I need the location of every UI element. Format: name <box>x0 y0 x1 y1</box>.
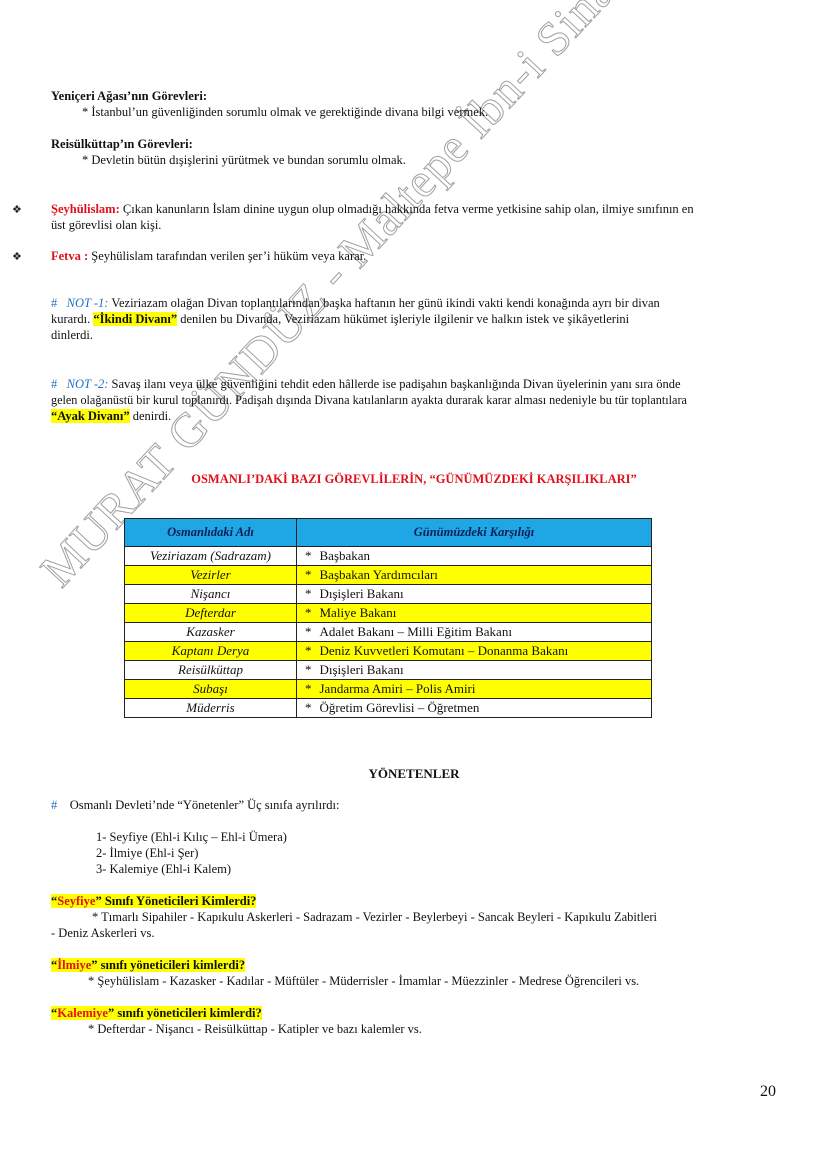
rulers-intro-text: Osmanlı Devleti’nde “Yönetenler” Üç sını… <box>70 798 340 812</box>
definition-text: Çıkan kanunların İslam dinine uygun olup… <box>123 202 694 216</box>
note-text: denilen bu Divanda, Veziriazam hükümet i… <box>177 312 629 326</box>
definition-term: Şeyhülislam: <box>51 202 120 216</box>
modern-equivalent-text: Başbakan Yardımcıları <box>320 567 438 582</box>
kalemiye-heading: “Kalemiye” sınıfı yöneticileri kimlerdi? <box>51 1005 262 1021</box>
modern-equivalent-cell: *Adalet Bakanı – Milli Eğitim Bakanı <box>297 623 652 642</box>
modern-equivalent-text: Dışişleri Bakanı <box>320 586 404 601</box>
ottoman-title-cell: Reisülküttap <box>125 661 297 680</box>
highlighted-term: “Ayak Divanı” <box>51 409 130 423</box>
column-header-ottoman: Osmanlıdaki Adı <box>125 519 297 547</box>
comparison-table: Osmanlıdaki Adı Günümüzdeki Karşılığı Ve… <box>124 518 652 718</box>
definition-text-cont: üst görevlisi olan kişi. <box>51 217 161 233</box>
diamond-bullet-icon: ❖ <box>12 250 22 263</box>
reisulkuttap-duty: * Devletin bütün dışişlerini yürütmek ve… <box>82 152 406 168</box>
note-2: # NOT -2: Savaş ilanı veya ülke güvenliğ… <box>51 376 681 392</box>
modern-equivalent-cell: *Maliye Bakanı <box>297 604 652 623</box>
modern-equivalent-cell: *Başbakan Yardımcıları <box>297 566 652 585</box>
asterisk-icon: * <box>305 700 312 715</box>
ottoman-title-cell: Müderris <box>125 699 297 718</box>
seyfiye-members-cont: - Deniz Askerleri vs. <box>51 925 154 941</box>
note-label: NOT -2: <box>67 377 109 391</box>
page-number: 20 <box>760 1083 776 1101</box>
table-row: Subaşı*Jandarma Amiri – Polis Amiri <box>125 680 652 699</box>
modern-equivalent-cell: *Dışişleri Bakanı <box>297 661 652 680</box>
asterisk-icon: * <box>305 662 312 677</box>
table-row: Reisülküttap*Dışişleri Bakanı <box>125 661 652 680</box>
table-row: Kaptanı Derya*Deniz Kuvvetleri Komutanı … <box>125 642 652 661</box>
ottoman-title-cell: Nişancı <box>125 585 297 604</box>
yeniceri-duty: * İstanbul’un güvenliğinden sorumlu olma… <box>82 104 488 120</box>
highlighted-term: “İkindi Divanı” <box>93 312 177 326</box>
modern-equivalent-cell: *Başbakan <box>297 547 652 566</box>
modern-equivalent-text: Başbakan <box>320 548 371 563</box>
asterisk-icon: * <box>305 643 312 658</box>
highlighted-term: Seyfiye <box>57 894 95 908</box>
note-text: Savaş ilanı veya ülke güvenliğini tehdit… <box>112 377 681 391</box>
table-row: Kazasker*Adalet Bakanı – Milli Eğitim Ba… <box>125 623 652 642</box>
class-item: 3- Kalemiye (Ehl-i Kalem) <box>96 861 231 877</box>
seyfiye-heading: “Seyfiye” Sınıfı Yöneticileri Kimlerdi? <box>51 893 256 909</box>
modern-equivalent-text: Öğretim Görevlisi – Öğretmen <box>320 700 480 715</box>
table-title: OSMANLI’DAKİ BAZI GÖREVLİLERİN, “GÜNÜMÜZ… <box>0 472 828 487</box>
ilmiye-heading: “İlmiye” sınıfı yöneticileri kimlerdi? <box>51 957 245 973</box>
asterisk-icon: * <box>305 567 312 582</box>
modern-equivalent-text: Deniz Kuvvetleri Komutanı – Donanma Baka… <box>320 643 569 658</box>
modern-equivalent-text: Adalet Bakanı – Milli Eğitim Bakanı <box>320 624 512 639</box>
modern-equivalent-text: Jandarma Amiri – Polis Amiri <box>320 681 476 696</box>
asterisk-icon: * <box>305 624 312 639</box>
yeniceri-heading: Yeniçeri Ağası’nın Görevleri: <box>51 88 207 104</box>
rulers-intro: # Osmanlı Devleti’nde “Yönetenler” Üç sı… <box>51 797 339 813</box>
highlighted-term: İlmiye <box>57 958 91 972</box>
table-body: Veziriazam (Sadrazam)*BaşbakanVezirler*B… <box>125 547 652 718</box>
asterisk-icon: * <box>305 681 312 696</box>
modern-equivalent-cell: *Dışişleri Bakanı <box>297 585 652 604</box>
table-row: Veziriazam (Sadrazam)*Başbakan <box>125 547 652 566</box>
heading-text: ” sınıfı yöneticileri kimlerdi? <box>91 958 245 972</box>
definition-seyhulislam: Şeyhülislam: Çıkan kanunların İslam dini… <box>51 201 694 217</box>
table-row: Müderris*Öğretim Görevlisi – Öğretmen <box>125 699 652 718</box>
highlighted-term: Kalemiye <box>57 1006 108 1020</box>
ilmiye-members: * Şeyhülislam - Kazasker - Kadılar - Müf… <box>88 973 639 989</box>
ottoman-title-cell: Vezirler <box>125 566 297 585</box>
table-row: Vezirler*Başbakan Yardımcıları <box>125 566 652 585</box>
asterisk-icon: * <box>305 605 312 620</box>
table-row: Defterdar*Maliye Bakanı <box>125 604 652 623</box>
note-1-line2: kurardı. “İkindi Divanı” denilen bu Diva… <box>51 311 629 327</box>
hash-icon: # <box>51 296 57 310</box>
note-2-line2: gelen olağanüstü bir kurul toplanırdı. P… <box>51 392 687 408</box>
hash-icon: # <box>51 798 57 812</box>
class-item: 1- Seyfiye (Ehl-i Kılıç – Ehl-i Ümera) <box>96 829 287 845</box>
class-item: 2- İlmiye (Ehl-i Şer) <box>96 845 198 861</box>
definition-term: Fetva : <box>51 249 88 263</box>
asterisk-icon: * <box>305 548 312 563</box>
note-text: denirdi. <box>130 409 172 423</box>
ottoman-title-cell: Subaşı <box>125 680 297 699</box>
hash-icon: # <box>51 377 57 391</box>
definition-text: Şeyhülislam tarafından verilen şer’i hük… <box>91 249 366 263</box>
heading-text: ” Sınıfı Yöneticileri Kimlerdi? <box>95 894 256 908</box>
note-1: # NOT -1: Veziriazam olağan Divan toplan… <box>51 295 660 311</box>
asterisk-icon: * <box>305 586 312 601</box>
note-1-line3: dinlerdi. <box>51 327 93 343</box>
seyfiye-members: * Tımarlı Sipahiler - Kapıkulu Askerleri… <box>92 909 657 925</box>
kalemiye-members: * Defterdar - Nişancı - Reisülküttap - K… <box>88 1021 422 1037</box>
modern-equivalent-cell: *Öğretim Görevlisi – Öğretmen <box>297 699 652 718</box>
table-row: Nişancı*Dışişleri Bakanı <box>125 585 652 604</box>
modern-equivalent-text: Maliye Bakanı <box>320 605 397 620</box>
table-header-row: Osmanlıdaki Adı Günümüzdeki Karşılığı <box>125 519 652 547</box>
heading-text: ” sınıfı yöneticileri kimlerdi? <box>108 1006 262 1020</box>
ottoman-title-cell: Kazasker <box>125 623 297 642</box>
diamond-bullet-icon: ❖ <box>12 203 22 216</box>
reisulkuttap-heading: Reisülküttap’ın Görevleri: <box>51 136 193 152</box>
modern-equivalent-cell: *Jandarma Amiri – Polis Amiri <box>297 680 652 699</box>
note-label: NOT -1: <box>67 296 109 310</box>
note-text: kurardı. <box>51 312 93 326</box>
modern-equivalent-text: Dışişleri Bakanı <box>320 662 404 677</box>
ottoman-title-cell: Defterdar <box>125 604 297 623</box>
definition-fetva: Fetva : Şeyhülislam tarafından verilen ş… <box>51 248 366 264</box>
rulers-title: YÖNETENLER <box>0 766 828 782</box>
modern-equivalent-cell: *Deniz Kuvvetleri Komutanı – Donanma Bak… <box>297 642 652 661</box>
ottoman-title-cell: Kaptanı Derya <box>125 642 297 661</box>
column-header-modern: Günümüzdeki Karşılığı <box>297 519 652 547</box>
note-2-line3: “Ayak Divanı” denirdi. <box>51 408 171 424</box>
note-text: Veziriazam olağan Divan toplantılarından… <box>111 296 659 310</box>
ottoman-title-cell: Veziriazam (Sadrazam) <box>125 547 297 566</box>
